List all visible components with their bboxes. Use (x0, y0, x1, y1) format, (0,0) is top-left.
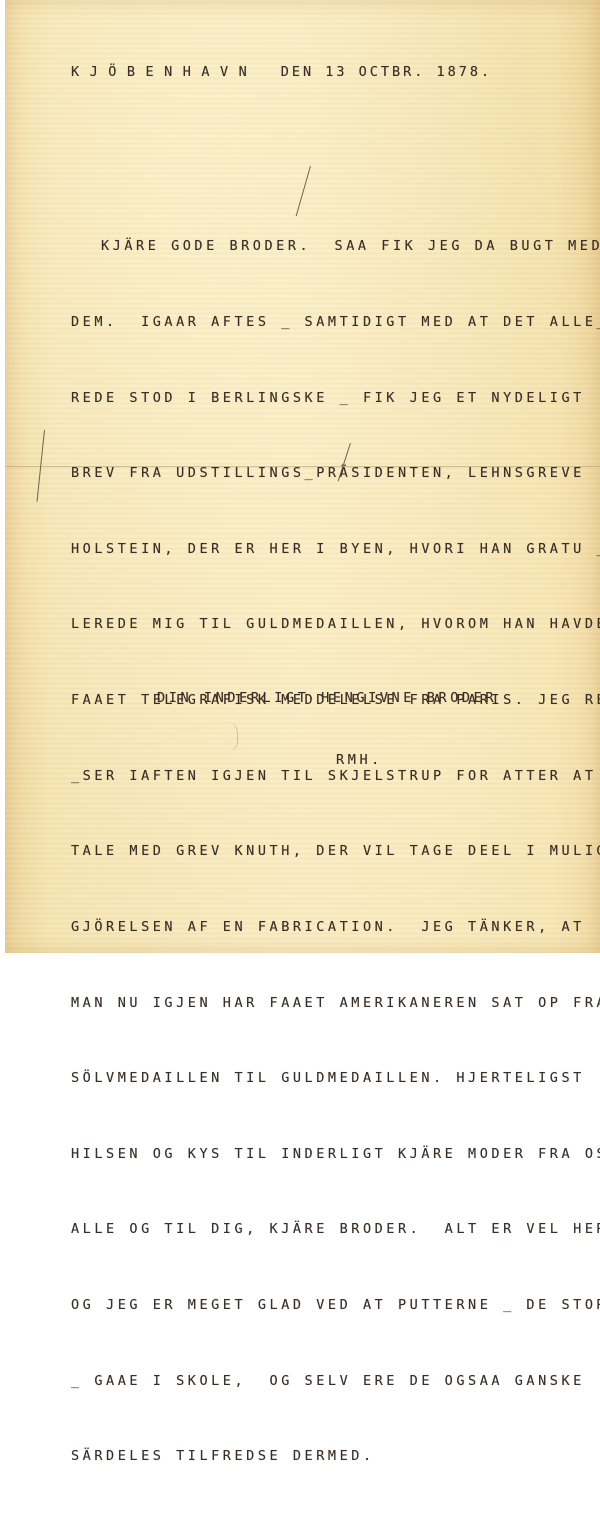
letter-place: KJÖBENHAVN (71, 64, 257, 80)
letter-date: DEN 13 OCTBR. 1878. (281, 64, 492, 80)
body-line: GJÖRELSEN AF EN FABRICATION. JEG TÄNKER,… (71, 915, 600, 940)
letter-header: KJÖBENHAVN DEN 13 OCTBR. 1878. (71, 64, 492, 80)
body-line: DEM. IGAAR AFTES _ SAMTIDIGT MED AT DET … (71, 310, 600, 335)
body-line: TALE MED GREV KNUTH, DER VIL TAGE DEEL I… (71, 839, 600, 864)
letter-closing: DIN INDERLIGT HENGIVNE BRODER (157, 690, 497, 706)
letter-signature: RMH. (336, 752, 383, 768)
letter-page: KJÖBENHAVN DEN 13 OCTBR. 1878. KJÄRE GOD… (5, 0, 600, 953)
body-line: BREV FRA UDSTILLINGS_PRÄSIDENTEN, LEHNSG… (71, 461, 600, 486)
body-line: HOLSTEIN, DER ER HER I BYEN, HVORI HAN G… (71, 537, 600, 562)
body-line: KJÄRE GODE BRODER. SAA FIK JEG DA BUGT M… (71, 234, 600, 259)
body-line: LEREDE MIG TIL GULDMEDAILLEN, HVOROM HAN… (71, 612, 600, 637)
body-line: REDE STOD I BERLINGSKE _ FIK JEG ET NYDE… (71, 386, 600, 411)
letter-body: KJÄRE GODE BRODER. SAA FIK JEG DA BUGT M… (71, 184, 600, 953)
